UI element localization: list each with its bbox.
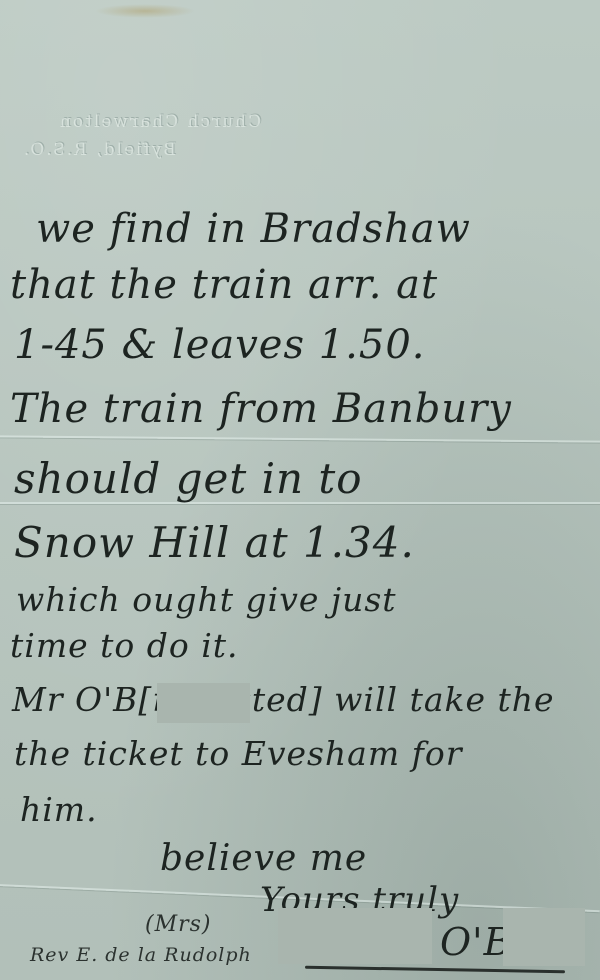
letterhead-line-1: Church Charwelton — [58, 112, 261, 132]
letterhead-line-2: Byfield, R.S.O. — [22, 140, 176, 160]
letter-line: him. — [20, 790, 98, 829]
letter-line: that the train arr. at — [10, 262, 438, 308]
signature-initials: O'B — [440, 920, 513, 964]
letter-line: should get in to — [14, 454, 363, 503]
addressee-line: Rev E. de la Rudolph — [30, 944, 252, 966]
letter-line: Snow Hill at 1.34. — [14, 518, 415, 567]
letter-line: which ought give just — [16, 580, 397, 619]
closing-believe-me: believe me — [160, 838, 367, 879]
redaction-box-body — [157, 683, 250, 723]
paper-stain — [95, 4, 195, 18]
letter-line: 1-45 & leaves 1.50. — [14, 322, 426, 368]
letter-line: the ticket to Evesham for — [14, 734, 463, 773]
redaction-box-signature — [278, 908, 432, 964]
redaction-box-signature-end — [503, 908, 585, 966]
letter-line: time to do it. — [10, 626, 239, 665]
letter-line: Mr O'B[redacted] will take the — [12, 680, 555, 719]
letter-line: The train from Banbury — [10, 386, 512, 432]
embossed-crest — [395, 90, 535, 160]
letter-line: we find in Bradshaw — [36, 206, 471, 252]
signature-prefix: (Mrs) — [145, 912, 212, 937]
